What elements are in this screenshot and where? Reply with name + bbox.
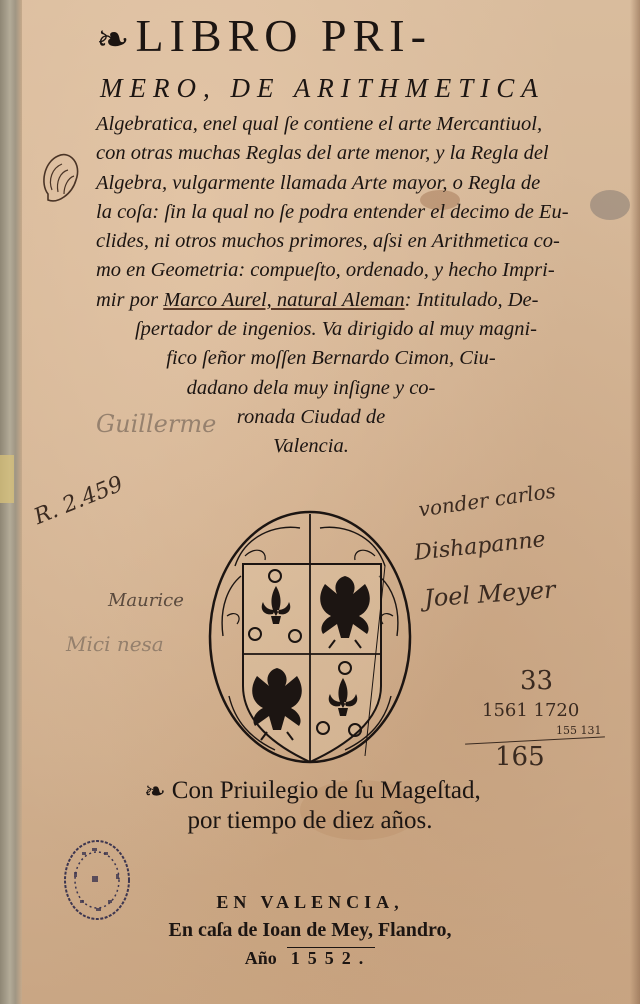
handwritten-number: 1561 1720 [482,700,579,721]
handwritten-number: 33 [520,666,553,696]
handwritten-number: 165 [495,742,545,772]
handwritten-owner-2: Dishapanne [413,527,547,566]
handwritten-owner-1: vonder carlos [417,479,557,522]
body-line: mo en Geometria: compueſto, ordenado, y … [96,256,566,285]
body-line: clides, ni otros muchos primores, aſsi e… [96,227,566,256]
handwritten-name: Guillerme [96,410,216,438]
body-line: con otras muchas Reglas del arte menor, … [96,139,566,168]
title-line-2: MERO, DE ARITHMETICA [100,72,580,104]
body-line: ſpertador de ingenios. Va dirigido al mu… [96,315,566,344]
author-name: Marco Aurel, natural Aleman [163,289,404,311]
page-edge-shadow [630,0,640,1004]
body-line: fico ſeñor moſſen Bernardo Cimon, Ciu- [96,344,566,373]
body-text-fragment: mir por [96,289,163,311]
imprint-year-row: Año1552. [150,944,470,972]
body-line: Algebra, vulgarmente llamada Arte mayor,… [96,169,566,198]
royal-privilege: ❧Con Priuilegio de ſu Mageſtad, por tiem… [140,775,520,836]
book-title-page: ❧LIBRO PRI- MERO, DE ARITHMETICA Algebra… [0,0,640,1004]
imprint-city: EN VALENCIA, [150,888,470,916]
handwritten-number: 155 131 [556,724,602,737]
body-line: dadano dela muy inſigne y co- [96,374,566,403]
body-text-fragment: : Intitulado, De- [405,289,539,311]
body-line: Algebratica, enel qual ſe contiene el ar… [96,110,566,139]
handwritten-note: Maurice [108,590,184,611]
fleuron-icon: ❧ [144,777,166,807]
privilege-text: Con Priuilegio de ſu Mageſtad, [172,777,481,804]
margin-doodle-icon [36,144,86,210]
imprint-printer: En caſa de Ioan de Mey, Flandro, [150,916,470,944]
coat-of-arms-icon [205,506,415,768]
paper-stain [590,190,630,220]
privilege-line-2: por tiempo de diez años. [140,806,520,836]
handwritten-owner-3: Joel Meyer [423,575,556,612]
publication-year: 1552. [287,947,376,968]
privilege-line-1: ❧Con Priuilegio de ſu Mageſtad, [140,775,520,806]
handwritten-note: Mici nesa [66,632,164,656]
year-label: Año [245,948,277,968]
library-stamp-icon [62,838,132,922]
fleuron-icon: ❧ [96,14,130,66]
title-line-1: LIBRO PRI- [136,10,432,61]
handwritten-shelfmark: R. 2.459 [31,472,127,530]
spine-tab [0,455,14,503]
title-description: Algebratica, enel qual ſe contiene el ar… [96,110,566,462]
body-line-author: mir por Marco Aurel, natural Aleman: Int… [96,286,566,315]
body-line: la coſa: ſin la qual no ſe podra entende… [96,198,566,227]
imprint: EN VALENCIA, En caſa de Ioan de Mey, Fla… [150,888,470,972]
title-main: ❧LIBRO PRI- [96,10,596,64]
